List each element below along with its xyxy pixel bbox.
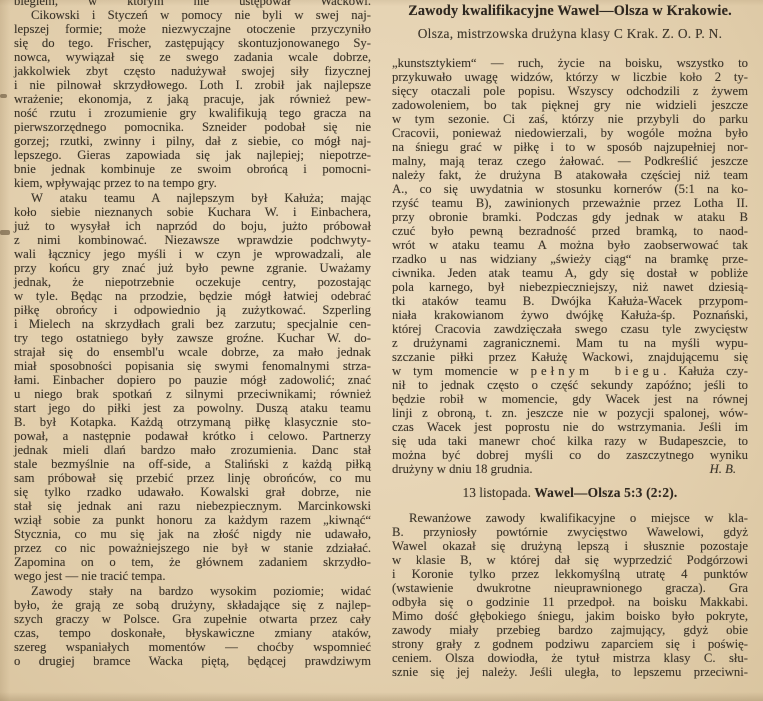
text-line: tki ataków teamu B. Dwójka Kałuża-Wacek …	[392, 294, 748, 308]
paragraph-last-line: drużyny w dniu 18 grudnia.	[392, 462, 533, 476]
text-line: Cikowski i Styczeń w pomocy nie byli w s…	[14, 8, 371, 22]
signature-line: drużyny w dniu 18 grudnia. H. B.	[392, 462, 748, 476]
clipped-line-container: biegiem, w którym nie ustępował Wackowi.	[14, 0, 371, 8]
text-line: o drugiej bramce Wacka piętą, będącej pr…	[14, 654, 371, 668]
text-line: biegiem, w którym nie ustępował Wackowi.	[14, 0, 371, 8]
text-line: linji z obroną, t. zn. jeszcze nie w poz…	[392, 406, 748, 420]
text-line: gorzej; rzutki, zwinny i pilny, dał z si…	[14, 134, 371, 148]
text-line: należy fakt, że drużyna B atakowała częś…	[392, 168, 748, 182]
text-line: i nie pilnował skrzydłowego. Loth I. zro…	[14, 78, 371, 92]
text-line: przy obronie bramki. Podczas gdy jednak …	[392, 210, 748, 224]
text-line: koło siebie nieznanych sobie Kuchara W. …	[14, 205, 371, 219]
text-line: przez co nic poważniejszego nie był w st…	[14, 541, 371, 555]
text-line: lepszego. Gieras zapowiada się jak najle…	[14, 148, 371, 162]
text-line: ność rzutu i zrozumienie gry kwalifikują…	[14, 106, 371, 120]
scan-artifact	[0, 230, 10, 235]
text-line: się uda taki manewr choć kilka razy w Bu…	[392, 434, 748, 448]
text-line: sznie się jej należy. Jeśli uległa, to l…	[392, 665, 748, 679]
text-line: wziął sobie za punkt honoru za każdym ra…	[14, 513, 371, 527]
text-line: nił to jednak często o część sekundy zap…	[392, 378, 748, 392]
text-line: W ataku teamu A najlepszym był Kałuża; m…	[14, 191, 371, 205]
text-line: zawody miały przebieg bardzo zajmujący, …	[392, 623, 748, 637]
text-line: wrażenie; ekonomja, z jaką pracuje, jak …	[14, 92, 371, 106]
text-line: będzie robił w momencie, gdy Wacek jest …	[392, 392, 748, 406]
text-line: malny, mają teraz czego żałować. — Podkr…	[392, 154, 748, 168]
emphasis-spaced-text: pełnym biegu	[531, 364, 664, 378]
score-heading: 13 listopada. Wawel—Olsza 5:3 (2:2).	[392, 485, 748, 501]
text-line: Zapomina on o tem, że głównem zadaniem s…	[14, 555, 371, 569]
text-line: Stycznia, co mu się jak na złość nigdy n…	[14, 527, 371, 541]
text-line: szych graczy w Polsce. Gra zupełnie otwa…	[14, 612, 371, 626]
text-line: wrót w ataku teamu A można było zaobserw…	[392, 238, 748, 252]
text-line: nowca, wywiązał się ze swego zadania wca…	[14, 50, 371, 64]
text-line: Cracovii, ponieważ niedowierzali, by wog…	[392, 126, 748, 140]
text-line: ciwnika. Jeden atak teamu A, gdy się dos…	[392, 266, 748, 280]
text-line: odbyła się o godzinie 11 przedpoł. na bo…	[392, 595, 748, 609]
text-line: się tylko rzadko udawało. Kowalski grał …	[14, 485, 371, 499]
text-line: łami. Einbacher dopiero po pauzie mógł z…	[14, 373, 371, 387]
text-line: z nimi kombinować. Niezawsze wprawdzie p…	[14, 233, 371, 247]
text-line: w tym momencie w pełnym biegu. Kałuża cz…	[392, 364, 748, 378]
text-line: miał sposobności popisania się swymi fen…	[14, 359, 371, 373]
signature-initials: H. B.	[710, 462, 748, 476]
left-column: biegiem, w którym nie ustępował Wackowi.…	[14, 0, 371, 668]
text-line: i Mielech na skrzydłach grali bez zarzut…	[14, 317, 371, 331]
text-line: sięcy otaczali pole popisu. Wszyscy odch…	[392, 84, 748, 98]
text-line: i Koronie tylko przez lekkomyślną utratę…	[392, 567, 748, 581]
text-line: jednak, że niepotrzebnie oczekuje centry…	[14, 275, 371, 289]
text-line: w tyle. Będąc na przodzie, będzie mógł ł…	[14, 289, 371, 303]
paragraph: W ataku teamu A najlepszym był Kałuża; m…	[14, 191, 371, 583]
text-line: B. przyniosły powtórnie zwycięstwo Wawel…	[392, 525, 748, 539]
text-line: czas Wacek jest poprostu nie do wstrzyma…	[392, 420, 748, 434]
text-line: w tym sezonie. Ci zaś, którzy nie przyby…	[392, 112, 748, 126]
paragraph: Cikowski i Styczeń w pomocy nie byli w s…	[14, 8, 371, 190]
second-report-paragraphs: Rewanżowe zawody kwalifikacyjne o miejsc…	[392, 511, 748, 679]
text-line: stale bezmyślnie na off-side, a Stalińsk…	[14, 457, 371, 471]
text-line: pola karnego, był niebezpieczniejszy, ni…	[392, 280, 748, 294]
text-line: bnie jednak kombinuje ze swoim obrońcą i…	[14, 162, 371, 176]
right-column: Zawody kwalifikacyjne Wawel—Olsza w Krak…	[392, 0, 748, 679]
text-line: szczanie piłki przez Kałużę Wackowi, zna…	[392, 350, 748, 364]
text-line: sam próbował się przebić przez linję obr…	[14, 471, 371, 485]
text-line: lepszej formie; może niezwyczajne otocze…	[14, 22, 371, 36]
text-line: wali łącznicy jego myśli i w czyn je wpr…	[14, 247, 371, 261]
text-line: strajał się do ensembl'u wcale dobrze, z…	[14, 345, 371, 359]
text-line: przy końcu gry znać już było pewne zgran…	[14, 261, 371, 275]
text-line: której Cracovia zawdzięczała swego czasu…	[392, 322, 748, 336]
score-date: 13 listopada.	[463, 485, 535, 500]
text-line: piłkę obrońcy i odpowiednio ją zużytkowa…	[14, 303, 371, 317]
newspaper-page: biegiem, w którym nie ustępował Wackowi.…	[0, 0, 763, 701]
text-line: na śniegu grać w piłkę i to w sposób naj…	[392, 140, 748, 154]
text-line: szereg wspaniałych momentów — choćby wsp…	[14, 640, 371, 654]
text-line: „kunstsztykiem“ — ruch, życie na boisku,…	[392, 56, 748, 70]
text-line: Rewanżowe zawody kwalifikacyjne o miejsc…	[392, 511, 748, 525]
text-line: już to wysyłał ich naprzód do boju, jużt…	[14, 219, 371, 233]
text-line: można być dobrej myśli co do zaszczytneg…	[392, 448, 748, 462]
article-headline: Zawody kwalifikacyjne Wawel—Olsza w Krak…	[392, 3, 748, 19]
text-line: z drużynami zagranicznemi. Mam tu na myś…	[392, 336, 748, 350]
text-line: stał się jednak ani razu niebezpiecznym.…	[14, 499, 371, 513]
text-line: Wawel okazał się drużyną lepszą i słuszn…	[392, 539, 748, 553]
text-line: się do tego. Frischer, zastępujący skont…	[14, 36, 371, 50]
text-line: zadowoleniem, bo tak pięknej gry nie wid…	[392, 98, 748, 112]
text-line: przykuwało uwagę widzów, którzy w liczbi…	[392, 70, 748, 84]
score-result: Wawel—Olsza 5:3 (2:2).	[534, 485, 677, 500]
text-line: wego jest — nie tracić tempa.	[14, 569, 371, 583]
text-line: jednak mieli dlań bardzo mało zrozumieni…	[14, 443, 371, 457]
text-line: w klasie B, w której dał się wyprzedzić …	[392, 553, 748, 567]
text-line: kiem, wpływając przez to na tempo gry.	[14, 176, 371, 190]
paragraph: Zawody stały na bardzo wysokim poziomie;…	[14, 584, 371, 668]
text-line: strony grały z godnem podziwu zaparciem …	[392, 637, 748, 651]
text-line: było, że grają ze sobą drużyny, składają…	[14, 598, 371, 612]
text-line: pierwszorzędnego pomocnika. Szneider pod…	[14, 120, 371, 134]
match-report-paragraphs: „kunstsztykiem“ — ruch, życie na boisku,…	[392, 56, 748, 462]
text-line: niała krakowianom żywo dwójkę Kałuża-śp.…	[392, 308, 748, 322]
article-subheadline: Olsza, mistrzowska drużyna klasy C Krak.…	[392, 26, 748, 41]
text-line: Zawody stały na bardzo wysokim poziomie;…	[14, 584, 371, 598]
text-line: rzadko u nas widziany „świeży ciąg“ na b…	[392, 252, 748, 266]
text-line: B. był Kotapka. Każdą otrzymaną piłkę kl…	[14, 415, 371, 429]
text-line: A., co się uwydatnia w stosunku kornerów…	[392, 182, 748, 196]
left-column-paragraphs: Cikowski i Styczeń w pomocy nie byli w s…	[14, 8, 371, 668]
text-line: rzyść teamu B), zawinionych przeważnie p…	[392, 196, 748, 210]
text-line: u niego brak spotkań z silnymi przeciwni…	[14, 387, 371, 401]
paragraph: Rewanżowe zawody kwalifikacyjne o miejsc…	[392, 511, 748, 679]
text-line: Mimo dość głębokiego śniegu, jakim boisk…	[392, 609, 748, 623]
text-line: pował, a następnie podawał krótko i celo…	[14, 429, 371, 443]
text-line: ceniem. Olsza dowiodła, że tytuł mistrza…	[392, 651, 748, 665]
text-line: (wstawienie dwukrotne nieuprawnionego gr…	[392, 581, 748, 595]
text-line: start jego do piłki jest za powolny. Dus…	[14, 401, 371, 415]
paragraph: „kunstsztykiem“ — ruch, życie na boisku,…	[392, 56, 748, 462]
text-line: czas, tempo doskonałe, błyskawiczne zmia…	[14, 626, 371, 640]
text-line: jakkolwiek zbyt często nadużywał swojej …	[14, 64, 371, 78]
text-line: czuć było pewną bezradność przed bramką,…	[392, 224, 748, 238]
text-line: try tego ostatniego były zawsze groźne. …	[14, 331, 371, 345]
scan-artifact	[0, 94, 7, 98]
